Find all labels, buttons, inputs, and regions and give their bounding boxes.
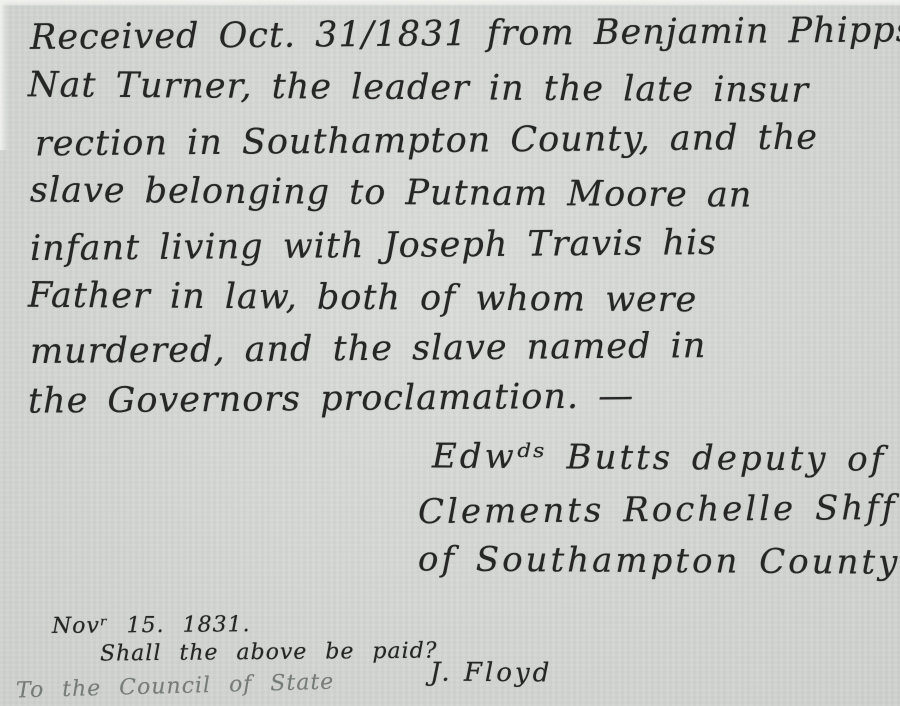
- endorsement-question: Shall the above be paid?: [100, 639, 438, 667]
- council-note: To the Council of State: [16, 670, 335, 704]
- deputy-signature-line-1: Edwᵈˢ Butts deputy of: [432, 436, 887, 479]
- endorsement-date: Novʳ 15. 1831.: [52, 612, 251, 639]
- manuscript-line-3: rection in Southampton County, and the: [35, 118, 818, 165]
- manuscript-line-5: infant living with Joseph Travis his: [30, 223, 717, 269]
- manuscript-line-4: slave belonging to Putnam Moore an: [30, 170, 753, 215]
- manuscript-line-7: murdered, and the slave named in: [30, 326, 707, 372]
- governor-signature: J. Floyd: [430, 658, 552, 689]
- deputy-signature-line-2: Clements Rochelle Shff: [418, 488, 898, 532]
- deputy-signature-line-3: of Southampton County: [418, 539, 900, 582]
- manuscript-line-8: the Governors proclamation. —: [28, 376, 634, 421]
- manuscript-page: Received Oct. 31/1831 from Benjamin Phip…: [0, 0, 900, 706]
- scan-edge-top: [0, 0, 900, 6]
- scan-edge-left: [0, 0, 8, 150]
- manuscript-line-1: Received Oct. 31/1831 from Benjamin Phip…: [30, 10, 900, 58]
- manuscript-line-2: Nat Turner, the leader in the late insur: [28, 65, 809, 110]
- manuscript-line-6: Father in law, both of whom were: [28, 276, 698, 321]
